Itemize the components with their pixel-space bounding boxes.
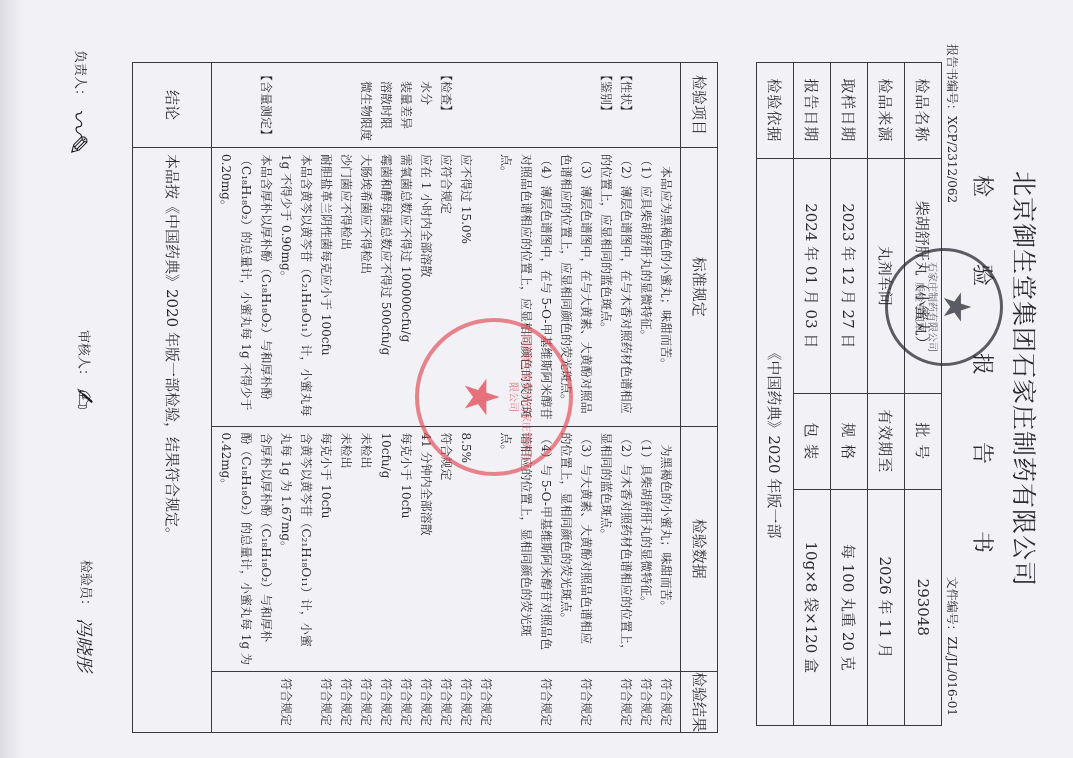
item-inspection: 【检查】: [436, 69, 456, 141]
report-number: 报告书编号：XCP/2312/062: [944, 44, 961, 203]
data-line: 符合规定: [436, 433, 456, 665]
conclusion-text: 本品按《中国药典》2020 年版一部检验，结果符合规定。: [133, 148, 212, 733]
package-label: 包 装: [794, 393, 831, 489]
item-identification: 【鉴别】: [596, 69, 616, 141]
info-row: 检验依据 《中国药典》2020 年版一部: [757, 63, 794, 726]
handwritten-signature-icon: ✍: [68, 388, 98, 410]
company-stamp-text: 北京御生堂集团石家庄制药有限公司: [506, 330, 532, 465]
data-line: （4）与 5-O-甲基维斯阿米醇苷对照品色: [536, 433, 556, 665]
responsible-label: 负责人：: [72, 50, 87, 102]
result-appearance: 符合规定: [656, 678, 676, 726]
sub-item-weight-variation: 装量差异: [396, 69, 416, 141]
data-line: 每克小于 10cfu: [316, 433, 336, 665]
data-line: 含黄芩以黄芩苷（C₂₁H₁₈O₁₁）计，小蜜: [296, 433, 316, 665]
standard-line: 本品含厚朴以厚朴酚（C₁₈H₁₈O₂）与和厚朴酚: [256, 154, 276, 419]
result-line: 符合规定: [436, 678, 456, 726]
sample-date-label: 取样日期: [831, 63, 868, 159]
standard-line: 沙门菌应不得检出: [336, 154, 356, 419]
batch-label: 批 号: [905, 393, 942, 489]
results-cell: 符合规定 符合规定 符合规定 符合规定 符合规定 符合规定 符合规定 符合规定 …: [212, 671, 681, 732]
result-line: 符合规定: [636, 678, 656, 726]
responsible-signature: 负责人：〰✎: [61, 50, 98, 156]
result-line: 符合规定: [536, 678, 556, 726]
inspector-signature: 检验员：冯晓彤: [72, 560, 98, 672]
result-line: 符合规定: [416, 678, 436, 726]
inspection-report-page: 北京御生堂集团石家庄制药有限公司 检 验 报 告 书 报告书编号：XCP/231…: [0, 0, 1073, 758]
sub-item-disintegration: 溶散时限: [376, 69, 396, 141]
items-cell: 【性状】 【鉴别】 【检查】 水分 装量差异 溶散时限 微生物限度 【含量测定】: [212, 63, 681, 148]
result-line: 符合规定: [336, 678, 356, 726]
data-line: 每克小于 10cfu: [396, 433, 416, 665]
sub-item-moisture: 水分: [416, 69, 436, 141]
standard-line: （C₁₈H₁₈O₂）的总量计，小蜜丸每 1g 不得少于: [236, 154, 256, 419]
data-line: 10cfu/g: [376, 433, 396, 665]
basis-label: 检验依据: [757, 63, 794, 159]
standard-line: 耐胆盐革兰阴性菌每克应小于 100cfu: [316, 154, 336, 419]
reviewer-label: 审核人：: [76, 330, 91, 382]
result-line: 符合规定: [476, 678, 496, 726]
info-row: 报告日期 2024 年 01 月 03 日 包 装 10g×8 袋×120 盒: [794, 63, 831, 726]
standard-line: 本品含黄芩以黄芩苷（C₂₁H₁₈O₁₁）计，小蜜丸每: [296, 154, 316, 419]
standard-line: 大肠埃希菌应不得检出: [356, 154, 376, 419]
data-line: 酚（C₁₈H₁₈O₂）的总量计，小蜜丸每 1g 为: [236, 433, 256, 665]
inspector-label: 检验员：: [78, 560, 93, 612]
standard-line: 1g 不得少于 0.90mg。: [276, 154, 296, 419]
standard-line: 的位置上，应显相同的蓝色斑点。: [596, 154, 616, 419]
product-info-table: 检品名称 柴胡舒肝丸（小蜜丸） 批 号 293048 检品来源 丸剂车间 有效期…: [756, 62, 942, 726]
basis-value: 《中国药典》2020 年版一部: [757, 158, 794, 725]
sub-item-microbial-limit: 微生物限度: [356, 69, 376, 141]
item-appearance: 【性状】: [616, 69, 636, 141]
info-row: 检品来源 丸剂车间 有效期至 2026 年 11 月: [868, 63, 905, 726]
report-date-value: 2024 年 01 月 03 日: [794, 158, 831, 393]
standard-line: （3）薄层色谱图中，在与大黄素、大黄酚对照品: [576, 154, 596, 419]
result-line: 符合规定: [616, 678, 636, 726]
qc-seal-stamp: ★ 石家庄制药有限公司 质检专用章: [885, 248, 1003, 366]
data-appearance: 为黑褐色的小蜜丸；味甜而苦。: [656, 433, 676, 665]
standard-appearance: 本品应为黑褐色的小蜜丸；味甜而苦。: [656, 154, 676, 419]
standard-line: （2）薄层色谱图中，在与木香对照药材色谱相应: [616, 154, 636, 419]
scan-shadow: [0, 0, 23, 758]
column-header-data: 检验数据: [681, 426, 718, 671]
column-header-row: 检验项目 标准规定 检验数据 检验结果: [681, 63, 718, 733]
result-line: 符合规定: [316, 678, 336, 726]
spec-value: 每 100 丸重 20 克: [831, 489, 868, 725]
result-line: 符合规定: [396, 678, 416, 726]
standard-line: 0.20mg。: [216, 154, 236, 419]
star-icon: ★: [456, 375, 506, 418]
data-line: 未检出: [336, 433, 356, 665]
item-assay: 【含量测定】: [256, 69, 276, 141]
data-line: （2）与木香对照药材色谱相应的位置上，: [616, 433, 636, 665]
inspector-name: 冯晓彤: [72, 618, 98, 672]
spec-label: 规 格: [831, 393, 868, 489]
star-icon: ★: [938, 290, 976, 324]
standard-line: 霉菌和酵母菌总数应不得过 500cfu/g: [376, 154, 396, 419]
batch-value: 293048: [905, 489, 942, 725]
data-line: 的位置上，显相同颜色的荧光斑点。: [556, 433, 576, 665]
report-date-label: 报告日期: [794, 63, 831, 159]
handwritten-signature-icon: 〰✎: [61, 108, 98, 156]
product-name-label: 检品名称: [905, 63, 942, 159]
company-name: 北京御生堂集团石家庄制药有限公司: [1007, 0, 1043, 758]
result-line: 符合规定: [276, 678, 296, 726]
source-label: 检品来源: [868, 63, 905, 159]
conclusion-label: 结论: [133, 63, 212, 148]
result-line: 符合规定: [376, 678, 396, 726]
expiry-label: 有效期至: [868, 393, 905, 489]
data-line: 显相同的蓝色斑点。: [596, 433, 616, 665]
result-line: 符合规定: [456, 678, 476, 726]
qc-stamp-text: 石家庄制药有限公司 质检专用章: [912, 257, 938, 358]
conclusion-row: 结论 本品按《中国药典》2020 年版一部检验，结果符合规定。: [133, 63, 212, 733]
info-row: 取样日期 2023 年 12 月 27 日 规 格 每 100 丸重 20 克: [831, 63, 868, 726]
reviewer-signature: 审核人：✍: [68, 330, 98, 410]
column-header-standard: 标准规定: [681, 148, 718, 426]
data-cell: 为黑褐色的小蜜丸；味甜而苦。 （1）具柴胡舒肝丸的显微特征。 （2）与木香对照药…: [212, 426, 681, 671]
report-title: 检 验 报 告 书: [968, 0, 999, 758]
data-line: （1）具柴胡舒肝丸的显微特征。: [636, 433, 656, 665]
company-seal-stamp: 北京御生堂集团石家庄制药有限公司 ★: [415, 318, 573, 476]
info-row: 检品名称 柴胡舒肝丸（小蜜丸） 批 号 293048: [905, 63, 942, 726]
data-line: 未检出: [356, 433, 376, 665]
data-line: 丸每 1g 为 1.67mg。: [276, 433, 296, 665]
column-header-item: 检验项目: [681, 63, 718, 148]
data-line: 含厚朴以厚朴酚（C₁₈H₁₈O₂）与和厚朴: [256, 433, 276, 665]
standard-line: 需氧菌总数应不得过 100000cfu/g: [396, 154, 416, 419]
expiry-value: 2026 年 11 月: [868, 489, 905, 725]
standard-line: （1）应具柴胡舒肝丸的显微特征。: [636, 154, 656, 419]
column-header-result: 检验结果: [681, 671, 718, 732]
data-line: 0.42mg。: [216, 433, 236, 665]
file-number: 文件编号：ZL/JL/016-01: [944, 577, 961, 716]
package-value: 10g×8 袋×120 盒: [794, 489, 831, 725]
data-line: （3）与大黄素、大黄酚对照品色谱相应: [576, 433, 596, 665]
data-line: 41 分钟内全部溶散: [416, 433, 436, 665]
sample-date-value: 2023 年 12 月 27 日: [831, 158, 868, 393]
result-line: 符合规定: [576, 678, 596, 726]
result-line: 符合规定: [356, 678, 376, 726]
